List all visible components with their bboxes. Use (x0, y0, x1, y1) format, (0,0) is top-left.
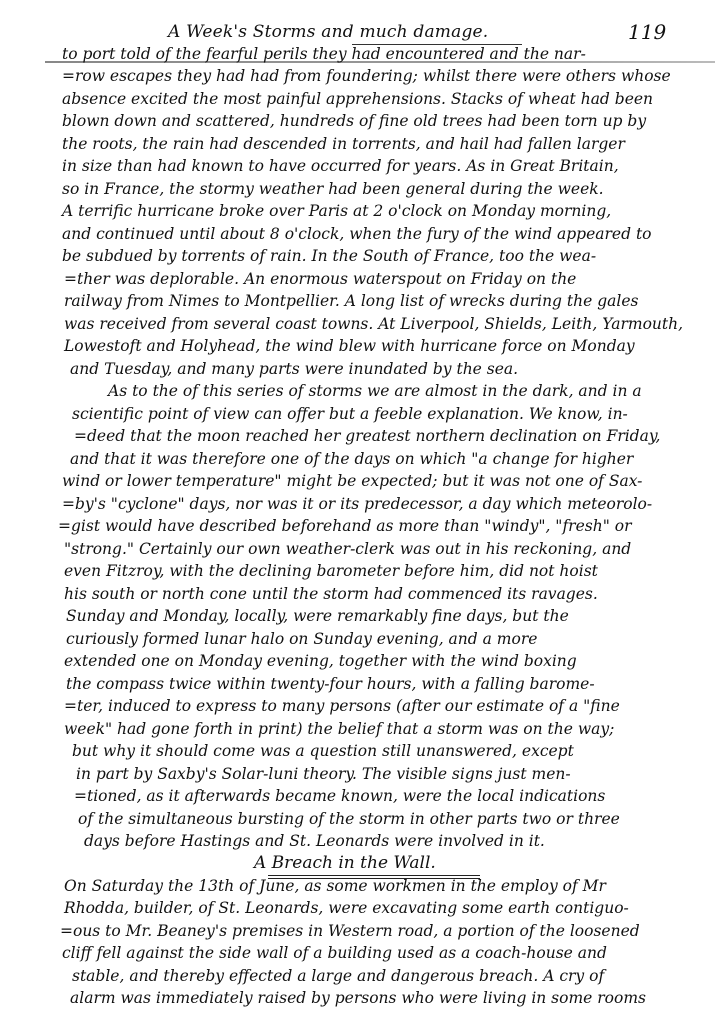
text-line: in part by Saxby's Solar-luni theory. Th… (76, 764, 571, 784)
text-line: was received from several coast towns. A… (64, 314, 683, 334)
text-line: but why it should come was a question st… (72, 741, 574, 761)
manuscript-page: A Week's Storms and much damage. 119 to … (0, 0, 715, 1024)
text-line: in size than had known to have occurred … (62, 156, 619, 176)
text-line: =deed that the moon reached her greatest… (74, 426, 660, 446)
text-line: to port told of the fearful perils they … (62, 44, 586, 64)
text-line: so in France, the stormy weather had bee… (62, 179, 604, 199)
text-line: "strong." Certainly our own weather-cler… (64, 539, 631, 559)
text-line: On Saturday the 13th of June, as some wo… (64, 876, 606, 896)
text-line: Sunday and Monday, locally, were remarka… (66, 606, 569, 626)
text-line: =ther was deplorable. An enormous waters… (64, 269, 576, 289)
text-line: extended one on Monday evening, together… (64, 651, 577, 671)
text-line: days before Hastings and St. Leonards we… (84, 831, 545, 851)
text-line: alarm was immediately raised by persons … (70, 988, 646, 1008)
text-line: the compass twice within twenty-four hou… (66, 674, 595, 694)
text-line: the roots, the rain had descended in tor… (62, 134, 625, 154)
text-line: curiously formed lunar halo on Sunday ev… (66, 629, 537, 649)
section-heading: A Breach in the Wall. (254, 852, 436, 874)
text-line: Rhodda, builder, of St. Leonards, were e… (64, 898, 629, 918)
text-line: stable, and thereby effected a large and… (72, 966, 604, 986)
text-line: cliff fell against the side wall of a bu… (62, 943, 607, 963)
text-line: A terrific hurricane broke over Paris at… (62, 201, 611, 221)
text-line: =gist would have described beforehand as… (58, 516, 632, 536)
text-line: =ter, induced to express to many persons… (64, 696, 620, 716)
text-line: and Tuesday, and many parts were inundat… (70, 359, 518, 379)
text-line: scientific point of view can offer but a… (72, 404, 628, 424)
paragraph-start-line: As to the of this series of storms we ar… (108, 381, 642, 401)
text-line: his south or north cone until the storm … (64, 584, 598, 604)
text-line: and continued until about 8 o'clock, whe… (62, 224, 652, 244)
text-line: and that it was therefore one of the day… (70, 449, 633, 469)
text-line: Lowestoft and Holyhead, the wind blew wi… (64, 336, 635, 356)
text-line: be subdued by torrents of rain. In the S… (62, 246, 596, 266)
text-line: even Fitzroy, with the declining baromet… (64, 561, 598, 581)
text-line: wind or lower temperature" might be expe… (62, 471, 642, 491)
text-line: =ous to Mr. Beaney's premises in Western… (60, 921, 640, 941)
text-line: of the simultaneous bursting of the stor… (78, 809, 620, 829)
running-title: A Week's Storms and much damage. (168, 22, 488, 42)
page-number: 119 (628, 20, 666, 44)
text-line: week" had gone forth in print) the belie… (64, 719, 614, 739)
text-line: =row escapes they had had from founderin… (62, 66, 671, 86)
text-line: absence excited the most painful apprehe… (62, 89, 653, 109)
text-line: =by's "cyclone" days, nor was it or its … (62, 494, 652, 514)
text-line: =tioned, as it afterwards became known, … (74, 786, 605, 806)
text-line: blown down and scattered, hundreds of fi… (62, 111, 646, 131)
text-line: railway from Nimes to Montpellier. A lon… (64, 291, 638, 311)
